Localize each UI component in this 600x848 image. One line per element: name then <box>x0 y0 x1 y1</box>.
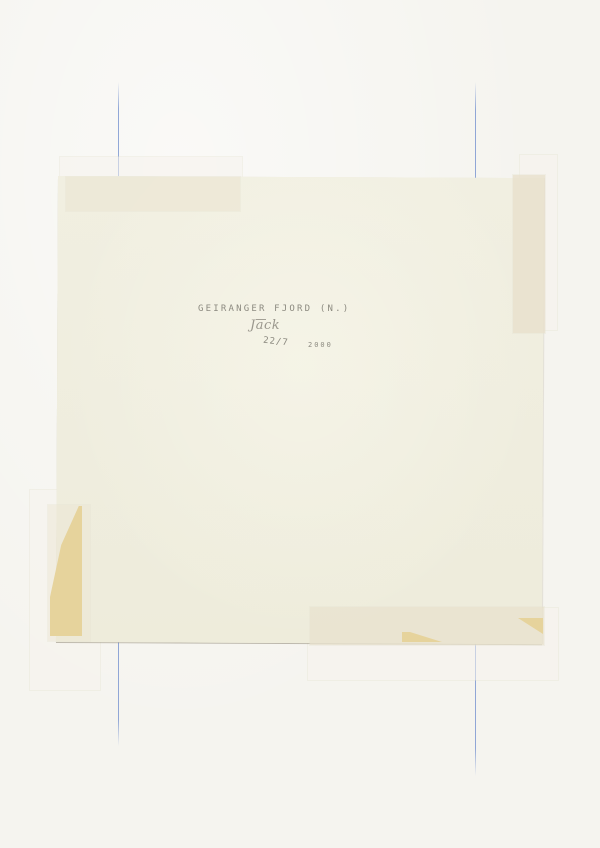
tape-top-left-backing <box>60 157 242 177</box>
inscription-signature: Jack <box>250 318 280 333</box>
mount-board: GEIRANGER FJORD (N.) Jack 22/7 2000 <box>0 0 600 848</box>
artwork-card-back <box>56 176 544 644</box>
inscription-date-year: 2000 <box>308 341 333 349</box>
tape-top-left <box>66 177 240 211</box>
inscription-title: GEIRANGER FJORD (N.) <box>198 304 350 314</box>
tape-top-right <box>513 175 545 333</box>
